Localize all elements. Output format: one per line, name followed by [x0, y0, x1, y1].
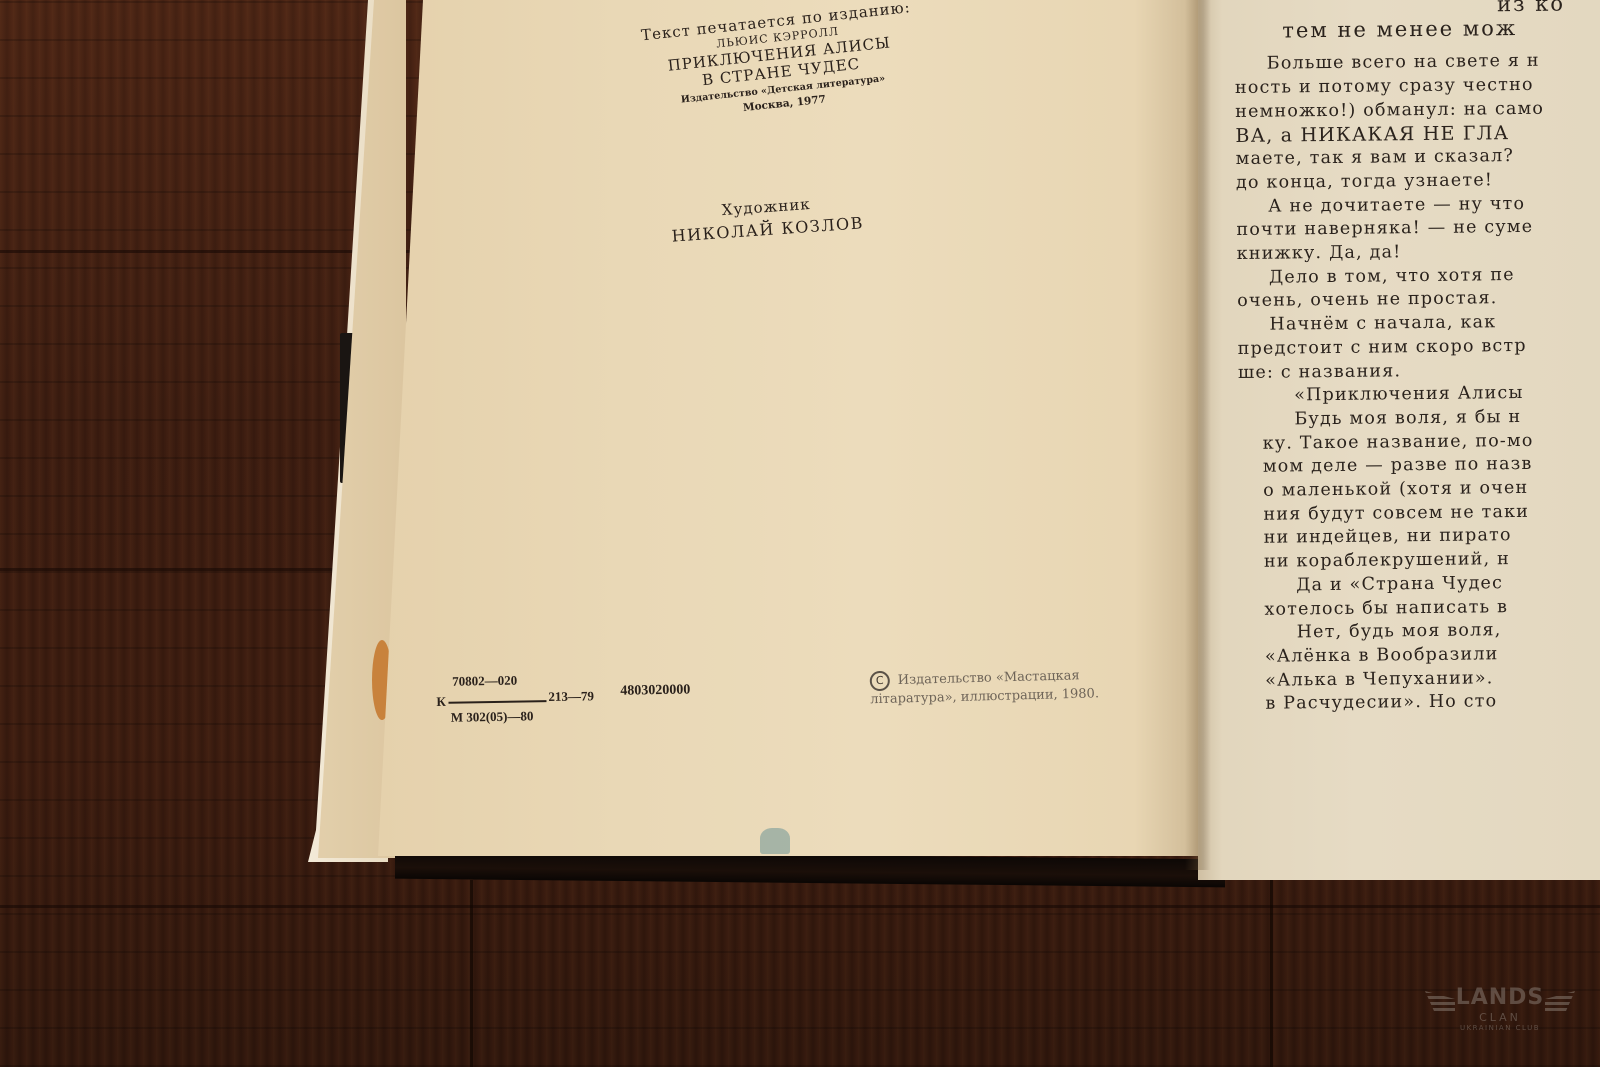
catalog-code: 4803020000: [620, 683, 690, 700]
book-gutter: [1185, 0, 1211, 870]
catalog-bottom: М 302(05)—80: [451, 708, 534, 725]
floor-board-seam: [470, 880, 473, 1067]
foreword-line: в Расчудесии». Но сто: [1239, 689, 1600, 717]
catalog-prefix: К: [436, 694, 446, 710]
foreword-line: «Алёнка в Вообразили: [1239, 642, 1600, 670]
copyright-notice: CИздательство «Мастацкая літаратура», ил…: [870, 665, 1121, 710]
foreword-line: Нет, будь моя воля,: [1239, 618, 1600, 646]
watermark: LANDS CLAN UKRAINIAN CLUB: [1425, 985, 1575, 1065]
foreword-line: «Алька в Чепухании».: [1239, 665, 1600, 693]
left-page: [378, 0, 1200, 856]
foreword-header-line2: тем не менее мож: [1232, 15, 1600, 43]
watermark-sub: CLAN: [1425, 1011, 1575, 1024]
page-stain: [760, 828, 790, 854]
floor-board-seam: [1270, 880, 1273, 1067]
foreword-lines: Больше всего на свете я нность и потому …: [1233, 49, 1600, 717]
watermark-tagline: UKRAINIAN CLUB: [1425, 1024, 1575, 1032]
copyright-text: Издательство «Мастацкая літаратура», илл…: [870, 668, 1099, 707]
floor-plank-seam: [0, 905, 1600, 908]
catalog-top: 70802—020: [452, 673, 517, 690]
copyright-icon: C: [870, 671, 891, 692]
foreword-text: из ко тем не менее мож Больше всего на с…: [1232, 0, 1600, 717]
catalog-middle: 213—79: [548, 688, 594, 705]
